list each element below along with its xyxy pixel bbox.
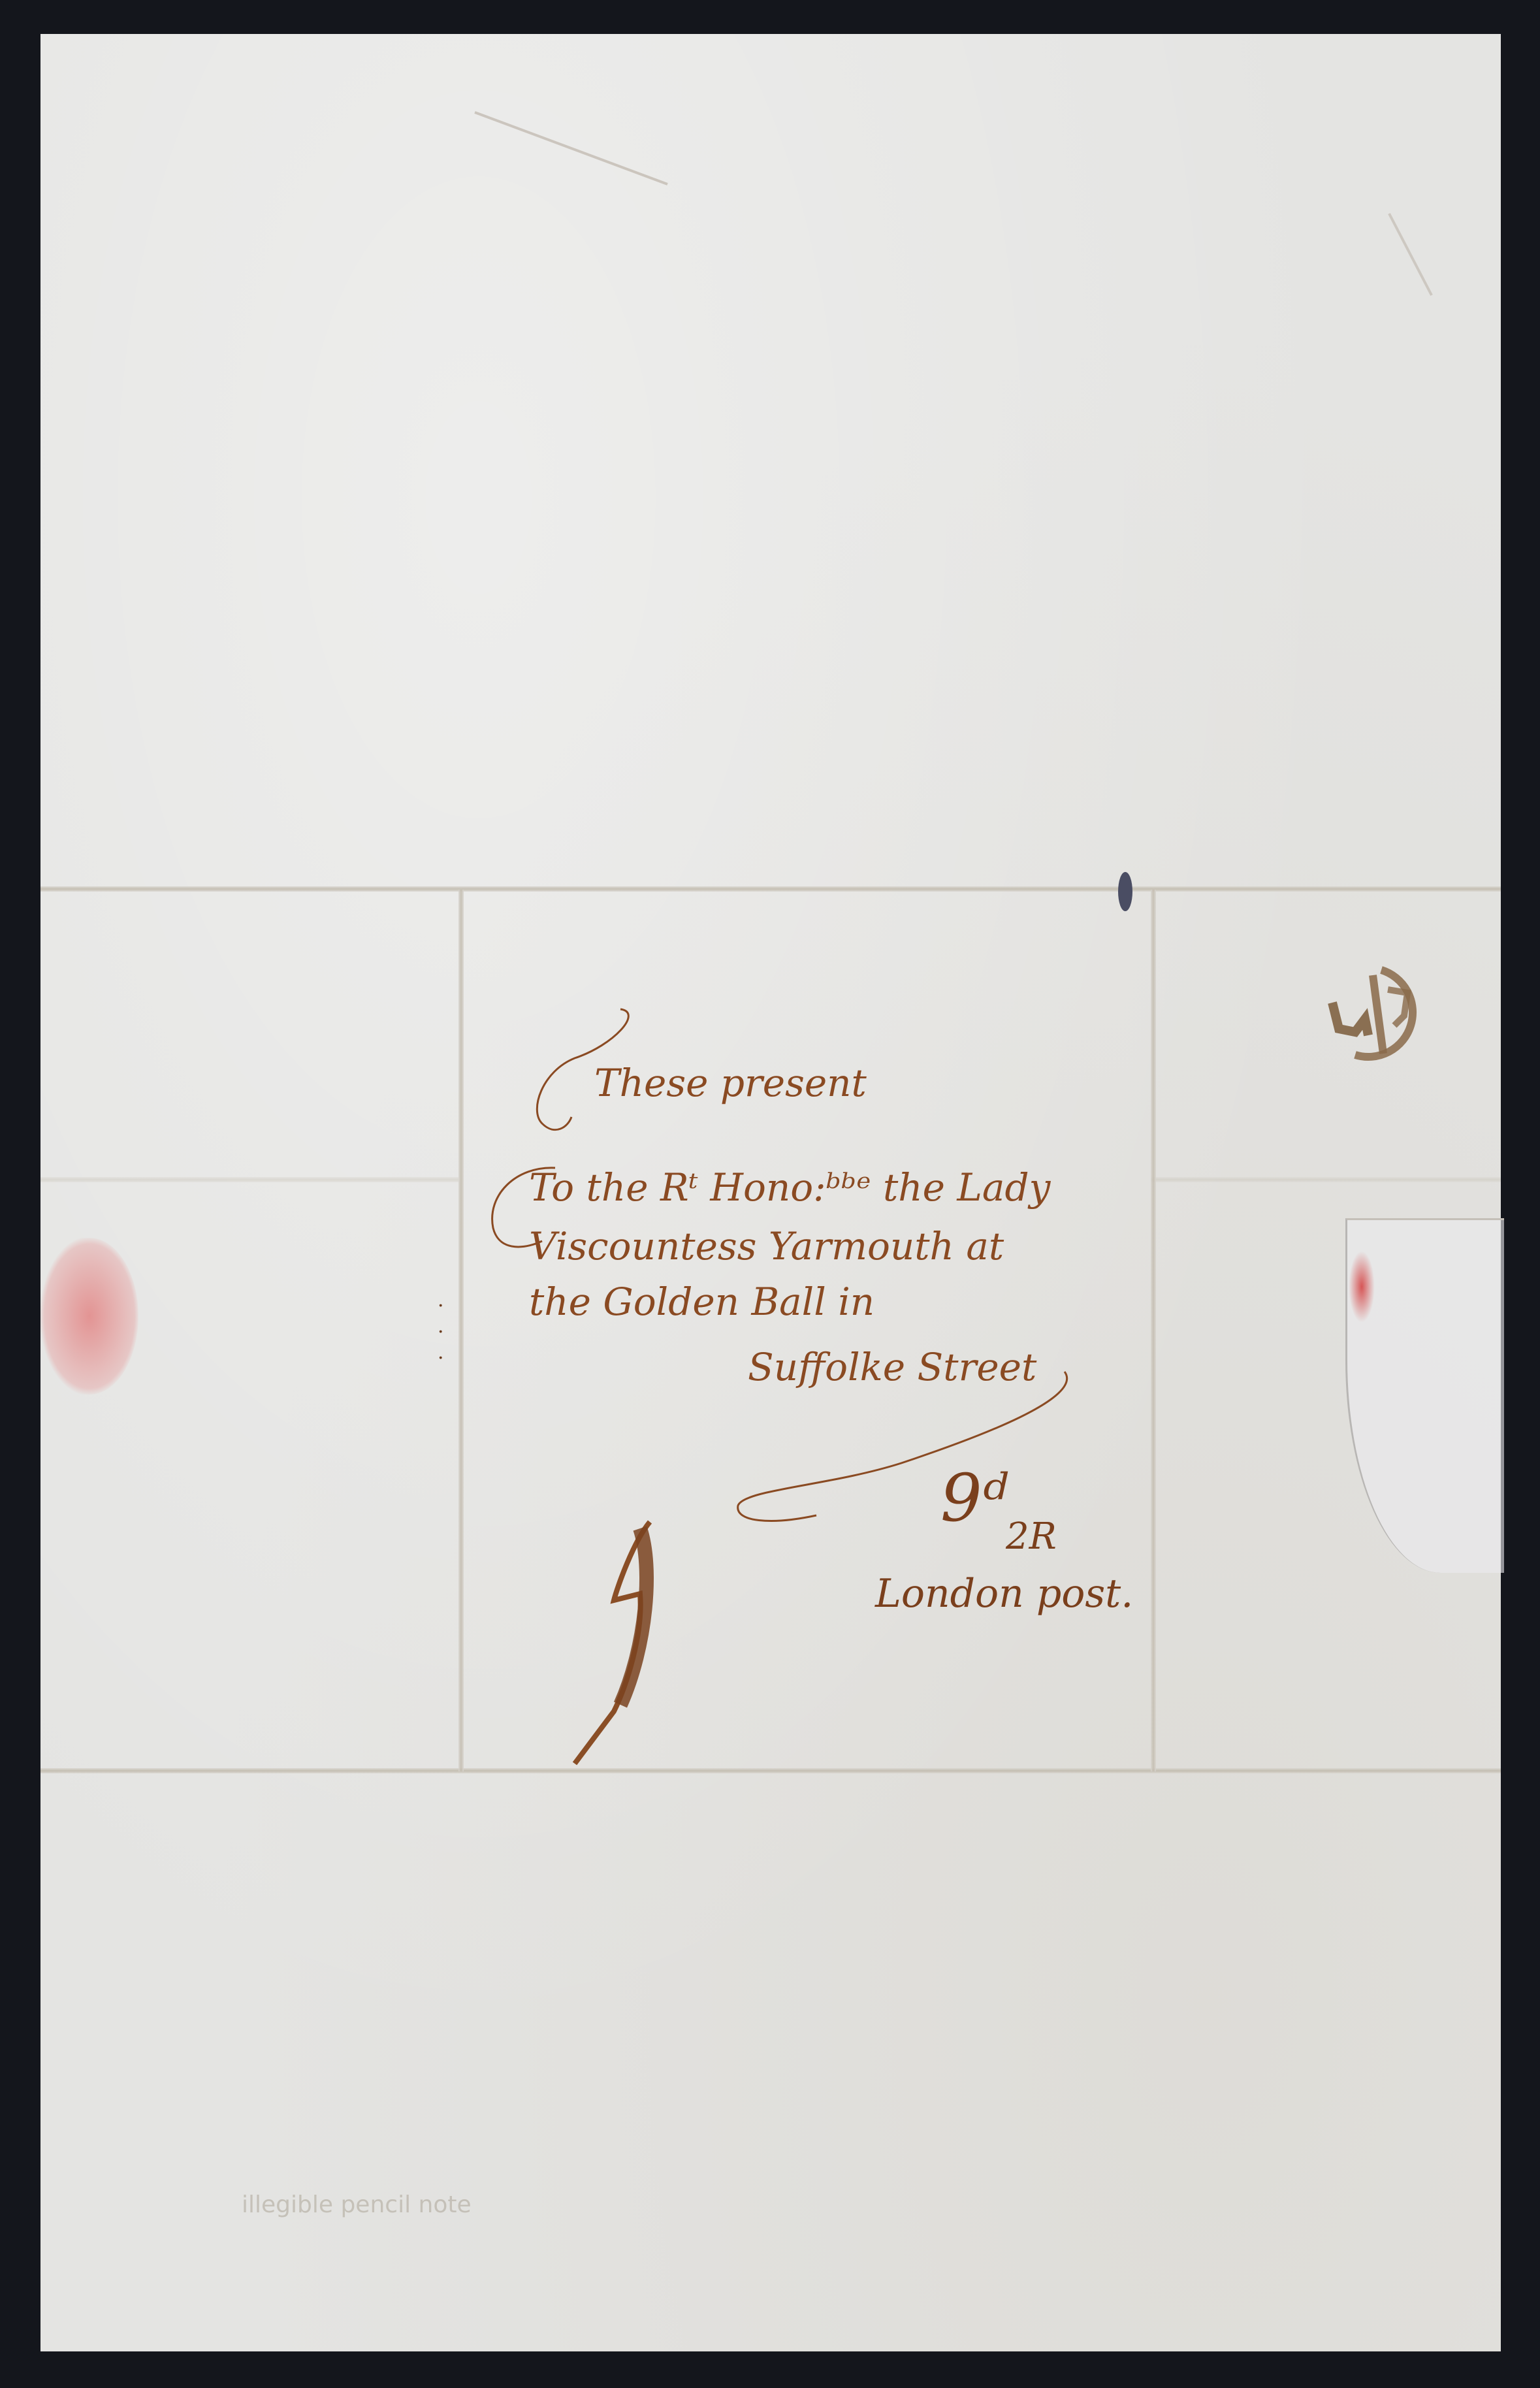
address-line-1: These present	[594, 1058, 867, 1108]
address-line-3: Viscountess Yarmouth at	[529, 1221, 1004, 1271]
small-ink-marks: ···	[438, 1293, 444, 1372]
large-numeral-9	[555, 1515, 673, 1777]
show-through-stroke	[472, 106, 681, 197]
post-route: London post.	[875, 1571, 1133, 1617]
fold-line-mid-left	[40, 1177, 458, 1182]
postage-charge: 9ᵈ	[940, 1460, 1008, 1536]
fold-line-mid-right	[1151, 1177, 1501, 1182]
fold-line-left	[458, 890, 464, 1771]
fold-line-bottom	[40, 1768, 1501, 1773]
bishop-postmark-icon	[1319, 957, 1430, 1068]
address-line-2: To the Rᵗ Hono:ᵇᵇᵉ the Lady	[529, 1163, 1050, 1212]
ink-blot	[1118, 872, 1132, 911]
fold-line-right	[1151, 890, 1156, 1771]
red-wax-seal-icon	[40, 1238, 138, 1395]
pencil-note: illegible pencil note	[242, 2191, 472, 2218]
show-through-stroke	[1386, 210, 1438, 302]
flourish-underline	[731, 1365, 1078, 1528]
address-line-4: the Golden Ball in	[529, 1277, 874, 1327]
fold-line-top	[40, 886, 1501, 892]
postage-sub-mark: 2R	[1006, 1515, 1057, 1558]
red-wax-fragment-icon	[1349, 1251, 1375, 1323]
